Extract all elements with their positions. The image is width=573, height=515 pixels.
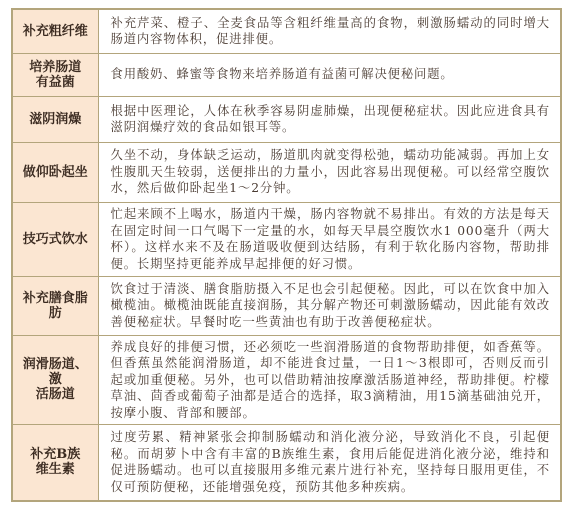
row-description: 过度劳累、精神紧张会抑制肠蠕动和消化液分泌，导致消化不良，引起便秘。而胡萝卜中含…: [98, 425, 561, 501]
row-description: 养成良好的排便习惯，还必须吃一些润滑肠道的食物帮助排便，如香蕉等。但香蕉虽然能润…: [98, 335, 561, 425]
table-row: 补充粗纤维 补充芹菜、橙子、全麦食品等含粗纤维量高的食物，刺激肠蠕动的同时增大肠…: [12, 9, 561, 53]
row-label: 润滑肠道、激活肠道: [12, 335, 98, 425]
row-label: 滋阴润燥: [12, 96, 98, 142]
row-label: 补充B族维生素: [12, 425, 98, 501]
table-row: 技巧式饮水 忙起来顾不上喝水，肠道内干燥，肠内容物就不易排出。有效的方法是每天在…: [12, 202, 561, 276]
row-label-text: 培养肠道有益菌: [29, 60, 81, 90]
row-description: 饮食过于清淡、膳食脂肪摄入不足也会引起便秘。因此，可以在饮食中加入橄榄油。橄榄油…: [98, 276, 561, 335]
row-description: 补充芹菜、橙子、全麦食品等含粗纤维量高的食物，刺激肠蠕动的同时增大肠道内容物体积…: [98, 9, 561, 53]
row-label: 做仰卧起坐: [12, 142, 98, 202]
row-description: 久坐不动，身体缺乏运动，肠道肌肉就变得松弛，蠕动功能减弱。再加上女性腹肌天生较弱…: [98, 142, 561, 202]
table-row: 滋阴润燥 根据中医理论，人体在秋季容易阴虚肺燥，出现便秘症状。因此应进食具有滋阴…: [12, 96, 561, 142]
table-row: 补充膳食脂肪 饮食过于清淡、膳食脂肪摄入不足也会引起便秘。因此，可以在饮食中加入…: [12, 276, 561, 335]
row-label: 技巧式饮水: [12, 202, 98, 276]
row-label: 补充膳食脂肪: [12, 276, 98, 335]
row-label: 补充粗纤维: [12, 9, 98, 53]
table-row: 做仰卧起坐 久坐不动，身体缺乏运动，肠道肌肉就变得松弛，蠕动功能减弱。再加上女性…: [12, 142, 561, 202]
row-label-text: 补充B族维生素: [30, 447, 80, 477]
row-description: 食用酸奶、蜂蜜等食物来培养肠道有益菌可解决便秘问题。: [98, 53, 561, 96]
row-description: 根据中医理论，人体在秋季容易阴虚肺燥，出现便秘症状。因此应进食具有滋阴润燥疗效的…: [98, 96, 561, 142]
table-row: 润滑肠道、激活肠道 养成良好的排便习惯，还必须吃一些润滑肠道的食物帮助排便，如香…: [12, 335, 561, 425]
row-description: 忙起来顾不上喝水，肠道内干燥，肠内容物就不易排出。有效的方法是每天在固定时间一口…: [98, 202, 561, 276]
row-label: 培养肠道有益菌: [12, 53, 98, 96]
constipation-remedies-table: 补充粗纤维 补充芹菜、橙子、全麦食品等含粗纤维量高的食物，刺激肠蠕动的同时增大肠…: [11, 8, 562, 502]
table-row: 补充B族维生素 过度劳累、精神紧张会抑制肠蠕动和消化液分泌，导致消化不良，引起便…: [12, 425, 561, 501]
row-label-text: 润滑肠道、激活肠道: [23, 357, 88, 402]
table-row: 培养肠道有益菌 食用酸奶、蜂蜜等食物来培养肠道有益菌可解决便秘问题。: [12, 53, 561, 96]
